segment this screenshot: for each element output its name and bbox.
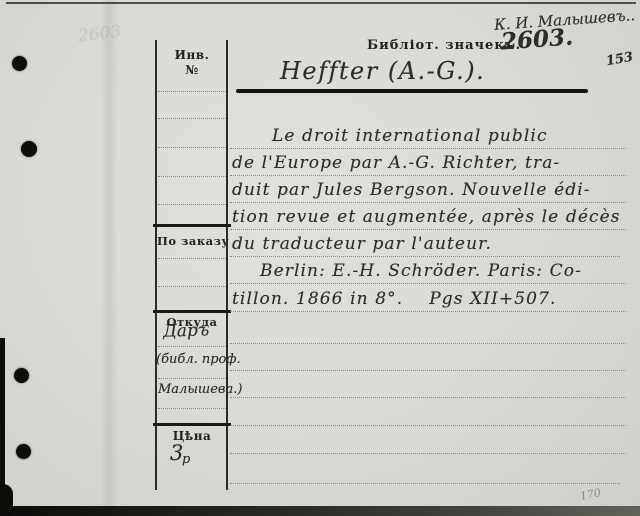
scan-edge-bottom bbox=[0, 506, 640, 516]
inventory-label-line1: Инв. bbox=[157, 48, 227, 62]
scan-corner-blob bbox=[0, 484, 13, 516]
inventory-label-line2: № bbox=[157, 63, 227, 77]
dotted-rule bbox=[158, 407, 226, 409]
scan-edge-top bbox=[6, 2, 636, 4]
dotted-rule bbox=[158, 203, 226, 205]
body-line: Le droit international public bbox=[272, 124, 548, 148]
body-line: tillon. 1866 in 8°. Pgs XII+507. bbox=[232, 287, 557, 311]
library-stamp-label: Библіот. значекъ. bbox=[367, 38, 521, 53]
heading-underline bbox=[236, 89, 588, 93]
dotted-rule bbox=[230, 424, 626, 426]
dotted-rule bbox=[230, 369, 626, 371]
dotted-rule bbox=[158, 285, 226, 287]
price-label: Цѣна bbox=[157, 429, 227, 443]
body-line: tion revue et augmentée, après le décès bbox=[232, 205, 621, 229]
body-line: Berlin: E.-H. Schröder. Paris: Co- bbox=[260, 259, 582, 283]
section-divider bbox=[153, 224, 231, 227]
punch-hole bbox=[21, 141, 37, 157]
origin-value-bibl: (библ. проф. bbox=[156, 352, 241, 367]
stamp-number: 2603. bbox=[500, 24, 574, 56]
paper-crease bbox=[100, 0, 118, 516]
body-line: de l'Europe par A.-G. Richter, tra- bbox=[232, 151, 560, 175]
section-divider bbox=[153, 310, 231, 313]
dotted-rule bbox=[158, 90, 226, 92]
card-heading: Heffter (A.-G.). bbox=[280, 57, 485, 85]
punch-hole bbox=[12, 56, 27, 71]
punch-hole bbox=[14, 368, 29, 383]
dotted-rule bbox=[158, 175, 226, 177]
catalog-card-scan: 2603 Инв. № По заказу Откуда Даръ (библ.… bbox=[0, 0, 640, 516]
dotted-rule bbox=[230, 452, 626, 454]
dotted-rule bbox=[158, 377, 226, 379]
price-unit: р bbox=[182, 452, 190, 467]
order-label: По заказу bbox=[157, 234, 227, 248]
dotted-rule bbox=[230, 342, 626, 344]
section-divider bbox=[153, 423, 231, 426]
dotted-rule bbox=[230, 482, 620, 484]
punch-hole bbox=[16, 444, 31, 459]
origin-value-malyshev: Малышева.) bbox=[158, 382, 242, 397]
body-line: du traducteur par l'auteur. bbox=[232, 232, 492, 256]
dotted-rule bbox=[158, 117, 226, 119]
pencil-page-number: 170 bbox=[579, 486, 602, 503]
dotted-rule bbox=[158, 146, 226, 148]
body-line: duit par Jules Bergson. Nouvelle édi- bbox=[232, 178, 591, 202]
dotted-rule bbox=[158, 257, 226, 259]
dotted-rule bbox=[230, 396, 626, 398]
origin-value-dar: Даръ bbox=[163, 320, 210, 342]
dotted-rule bbox=[158, 345, 226, 347]
corner-number: 153 bbox=[605, 50, 634, 69]
